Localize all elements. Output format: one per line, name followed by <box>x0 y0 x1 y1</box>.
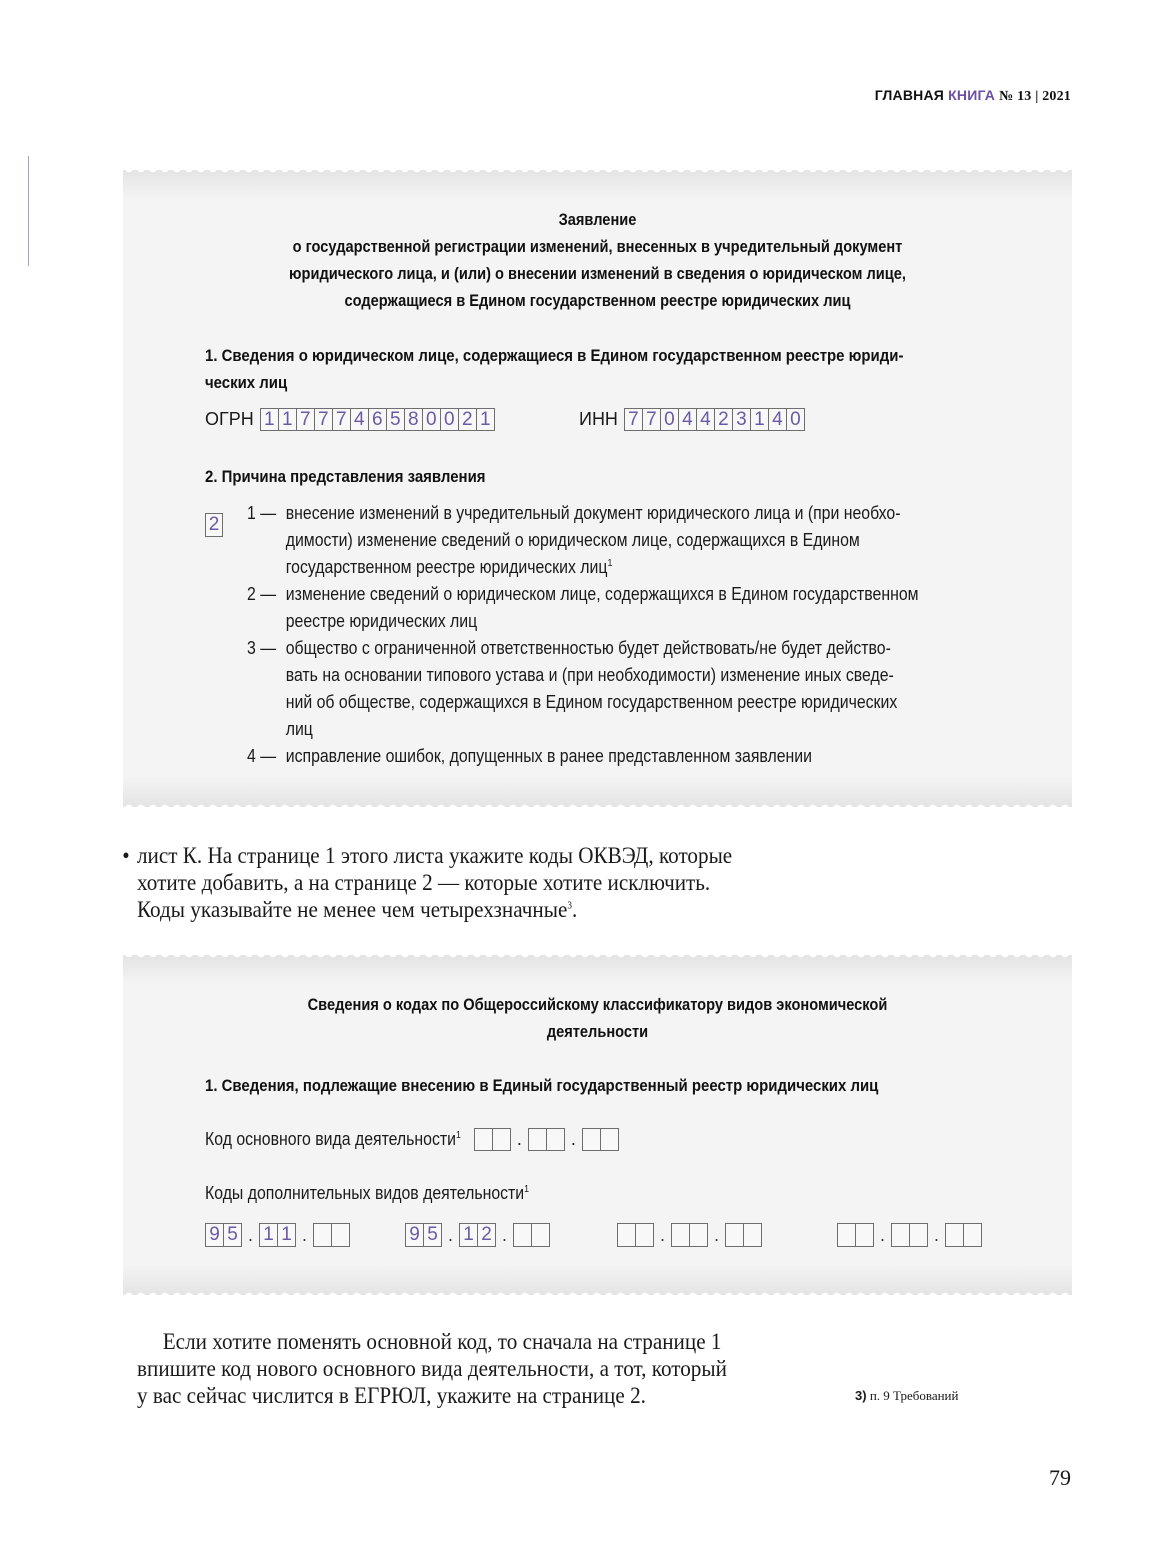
digit-cell[interactable]: 1 <box>750 409 768 430</box>
digit-cell[interactable]: 5 <box>223 1224 241 1246</box>
code-group-cells[interactable]: 95 <box>405 1223 442 1247</box>
paragraph-line: у вас сейчас числится в ЕГРЮЛ, укажите н… <box>137 1382 727 1409</box>
form-title: Сведения о кодах по Общероссийскому клас… <box>189 991 1005 1045</box>
code-separator: . <box>934 1225 939 1246</box>
form-title-line: о государственной регистрации изменений,… <box>189 233 1005 260</box>
digit-cell[interactable] <box>963 1224 981 1246</box>
reason-option-text: внесение изменений в учредительный докум… <box>286 500 986 581</box>
additional-code-1[interactable]: 95.11. <box>205 1223 350 1247</box>
digit-cell[interactable]: 1 <box>277 1224 295 1246</box>
form-title: Заявление о государственной регистрации … <box>189 206 1005 314</box>
digit-cell[interactable]: 1 <box>278 409 296 430</box>
paragraph-line: Коды указывайте не менее чем четырехзнач… <box>137 896 732 923</box>
reason-option-text: общество с ограниченной ответственностью… <box>286 635 986 743</box>
inn-cells[interactable]: 7704423140 <box>624 408 805 431</box>
digit-cell[interactable] <box>331 1224 349 1246</box>
code-group-cells[interactable] <box>671 1223 708 1247</box>
magazine-name-part1: ГЛАВНАЯ <box>875 87 944 103</box>
code-separator: . <box>302 1225 307 1246</box>
paragraph-end: . <box>572 897 577 922</box>
main-code-label: Код основного вида деятельности1 <box>205 1129 461 1150</box>
additional-code-4[interactable]: .. <box>837 1223 982 1247</box>
digit-cell[interactable]: 2 <box>458 409 476 430</box>
running-head: ГЛАВНАЯ КНИГА № 13 | 2021 <box>875 87 1071 105</box>
digit-cell[interactable] <box>946 1224 963 1246</box>
digit-cell[interactable]: 0 <box>440 409 458 430</box>
paragraph-text: Коды указывайте не менее чем четырехзнач… <box>137 897 567 922</box>
reason-code-value[interactable]: 2 <box>206 514 222 536</box>
additional-code-2[interactable]: 95.12. <box>405 1223 550 1247</box>
digit-cell[interactable]: 4 <box>768 409 786 430</box>
form-title-line: деятельности <box>189 1018 1005 1045</box>
form-title-line: Заявление <box>189 206 1005 233</box>
form-title-line: юридического лица, и (или) о внесении из… <box>189 260 1005 287</box>
inn-field: ИНН 7704423140 <box>579 408 805 431</box>
code-group-cells[interactable] <box>725 1223 762 1247</box>
main-code-label-text: Код основного вида деятельности <box>205 1129 456 1149</box>
section-heading-line: 1. Сведения о юридическом лице, содержащ… <box>205 342 909 369</box>
digit-cell[interactable] <box>492 1129 510 1150</box>
magazine-name-part2: КНИГА <box>948 87 995 103</box>
form-title-line: содержащиеся в Едином государственном ре… <box>189 287 1005 314</box>
digit-cell[interactable] <box>672 1224 689 1246</box>
paragraph-line: лист К. На странице 1 этого листа укажит… <box>137 842 732 869</box>
digit-cell[interactable] <box>892 1224 909 1246</box>
section-heading-line: ческих лиц <box>205 369 909 396</box>
reason-options-list: 1 —внесение изменений в учредительный до… <box>247 500 986 770</box>
digit-cell[interactable] <box>600 1129 618 1150</box>
digit-cell[interactable]: 8 <box>404 409 422 430</box>
digit-cell[interactable]: 1 <box>476 409 494 430</box>
digit-cell[interactable]: 1 <box>261 409 278 430</box>
sidenote-number: 3) <box>855 1388 867 1403</box>
code-group-cells[interactable] <box>891 1223 928 1247</box>
digit-cell[interactable]: 1 <box>260 1224 277 1246</box>
sidenote: 3) п. 9 Требований <box>855 1388 958 1404</box>
code-group-cells[interactable] <box>837 1223 874 1247</box>
code-separator: . <box>448 1225 453 1246</box>
digit-cell[interactable]: 9 <box>206 1224 223 1246</box>
digit-cell[interactable] <box>529 1129 546 1150</box>
section-1-heading: 1. Сведения о юридическом лице, содержащ… <box>205 342 909 396</box>
additional-codes-label: Коды дополнительных видов деятельности1 <box>205 1183 529 1204</box>
application-form-excerpt: Заявление о государственной регистрации … <box>123 170 1072 807</box>
ogrn-label: ОГРН <box>205 409 254 430</box>
additional-codes-label-text: Коды дополнительных видов деятельности <box>205 1183 524 1203</box>
code-separator: . <box>248 1225 253 1246</box>
bullet-icon: • <box>122 842 129 869</box>
digit-cell[interactable]: 0 <box>786 409 804 430</box>
digit-cell[interactable]: 7 <box>332 409 350 430</box>
reason-option-text: исправление ошибок, допущенных в ранее п… <box>286 743 986 770</box>
digit-cell[interactable]: 2 <box>477 1224 495 1246</box>
digit-cell[interactable] <box>855 1224 873 1246</box>
paragraph-line: впишите код нового основного вида деятел… <box>137 1355 727 1382</box>
digit-cell[interactable] <box>514 1224 531 1246</box>
code-group-cells[interactable] <box>513 1223 550 1247</box>
code-separator: . <box>502 1225 507 1246</box>
digit-cell[interactable] <box>583 1129 600 1150</box>
digit-cell[interactable]: 5 <box>386 409 404 430</box>
okved-form-excerpt: Сведения о кодах по Общероссийскому клас… <box>123 955 1072 1295</box>
digit-cell[interactable] <box>909 1224 927 1246</box>
code-separator: . <box>660 1225 665 1246</box>
digit-cell[interactable] <box>546 1129 564 1150</box>
page-number: 79 <box>1049 1465 1071 1491</box>
digit-cell[interactable]: 5 <box>423 1224 441 1246</box>
paragraph-line: хотите добавить, а на странице 2 — котор… <box>137 869 732 896</box>
ogrn-cells[interactable]: 1177746580021 <box>260 408 495 431</box>
digit-cell[interactable]: 7 <box>296 409 314 430</box>
reason-code-box[interactable]: 2 <box>205 513 223 537</box>
digit-cell[interactable]: 1 <box>460 1224 477 1246</box>
footnote-ref[interactable]: 1 <box>607 558 612 569</box>
code-group-cells[interactable] <box>945 1223 982 1247</box>
code-separator: . <box>714 1225 719 1246</box>
code-group-cells[interactable]: 12 <box>459 1223 496 1247</box>
digit-cell[interactable]: 7 <box>625 409 642 430</box>
digit-cell[interactable]: 4 <box>696 409 714 430</box>
digit-cell[interactable] <box>618 1224 635 1246</box>
digit-cell[interactable] <box>531 1224 549 1246</box>
code-group-cells[interactable] <box>313 1223 350 1247</box>
code-separator: . <box>571 1129 576 1150</box>
section-2-heading: 2. Причина представления заявления <box>205 463 909 490</box>
code-group-cells[interactable] <box>617 1223 654 1247</box>
paragraph-line: Если хотите поменять основной код, то сн… <box>137 1328 727 1355</box>
reason-option: 2 —изменение сведений о юридическом лице… <box>247 581 986 635</box>
code-separator: . <box>880 1225 885 1246</box>
form-title-line: Сведения о кодах по Общероссийскому клас… <box>189 991 1005 1018</box>
code-group-cells[interactable]: 95 <box>205 1223 242 1247</box>
sidenote-text: п. 9 Требований <box>870 1388 959 1403</box>
digit-cell[interactable]: 0 <box>660 409 678 430</box>
digit-cell[interactable] <box>314 1224 331 1246</box>
digit-cell[interactable] <box>743 1224 761 1246</box>
digit-cell[interactable] <box>689 1224 707 1246</box>
additional-code-3[interactable]: .. <box>617 1223 762 1247</box>
code-group-cells[interactable] <box>474 1128 511 1151</box>
bullet-paragraph: • лист К. На странице 1 этого листа укаж… <box>137 842 732 923</box>
reason-option-number: 1 — <box>247 500 286 581</box>
main-code-field: Код основного вида деятельности1 .. <box>205 1128 619 1151</box>
margin-rule <box>28 156 29 266</box>
code-group-cells[interactable] <box>528 1128 565 1151</box>
digit-cell[interactable]: 3 <box>732 409 750 430</box>
code-separator: . <box>517 1129 522 1150</box>
reason-option: 1 —внесение изменений в учредительный до… <box>247 500 986 581</box>
ogrn-field: ОГРН 1177746580021 <box>205 408 495 431</box>
inn-label: ИНН <box>579 409 618 430</box>
digit-cell[interactable]: 0 <box>422 409 440 430</box>
reason-option: 3 —общество с ограниченной ответственнос… <box>247 635 986 743</box>
footnote-ref[interactable]: 1 <box>456 1130 461 1141</box>
digit-cell[interactable] <box>475 1129 492 1150</box>
digit-cell[interactable]: 9 <box>406 1224 423 1246</box>
reason-option: 4 —исправление ошибок, допущенных в ране… <box>247 743 986 770</box>
digit-cell[interactable]: 7 <box>314 409 332 430</box>
reason-option-number: 2 — <box>247 581 286 635</box>
code-group-cells[interactable] <box>582 1128 619 1151</box>
footnote-ref[interactable]: 1 <box>524 1184 529 1195</box>
main-code-cells[interactable]: .. <box>474 1128 619 1151</box>
reason-option-text: изменение сведений о юридическом лице, с… <box>286 581 986 635</box>
digit-cell[interactable]: 2 <box>714 409 732 430</box>
code-group-cells[interactable]: 11 <box>259 1223 296 1247</box>
reason-option-number: 4 — <box>247 743 286 770</box>
digit-cell[interactable]: 6 <box>368 409 386 430</box>
digit-cell[interactable]: 4 <box>350 409 368 430</box>
issue-number: № 13 | 2021 <box>999 89 1071 104</box>
digit-cell[interactable]: 4 <box>678 409 696 430</box>
section-1-heading: 1. Сведения, подлежащие внесению в Едины… <box>205 1072 909 1099</box>
digit-cell[interactable]: 7 <box>642 409 660 430</box>
closing-paragraph: Если хотите поменять основной код, то сн… <box>137 1328 727 1409</box>
digit-cell[interactable] <box>635 1224 653 1246</box>
digit-cell[interactable] <box>838 1224 855 1246</box>
digit-cell[interactable] <box>726 1224 743 1246</box>
reason-option-number: 3 — <box>247 635 286 743</box>
